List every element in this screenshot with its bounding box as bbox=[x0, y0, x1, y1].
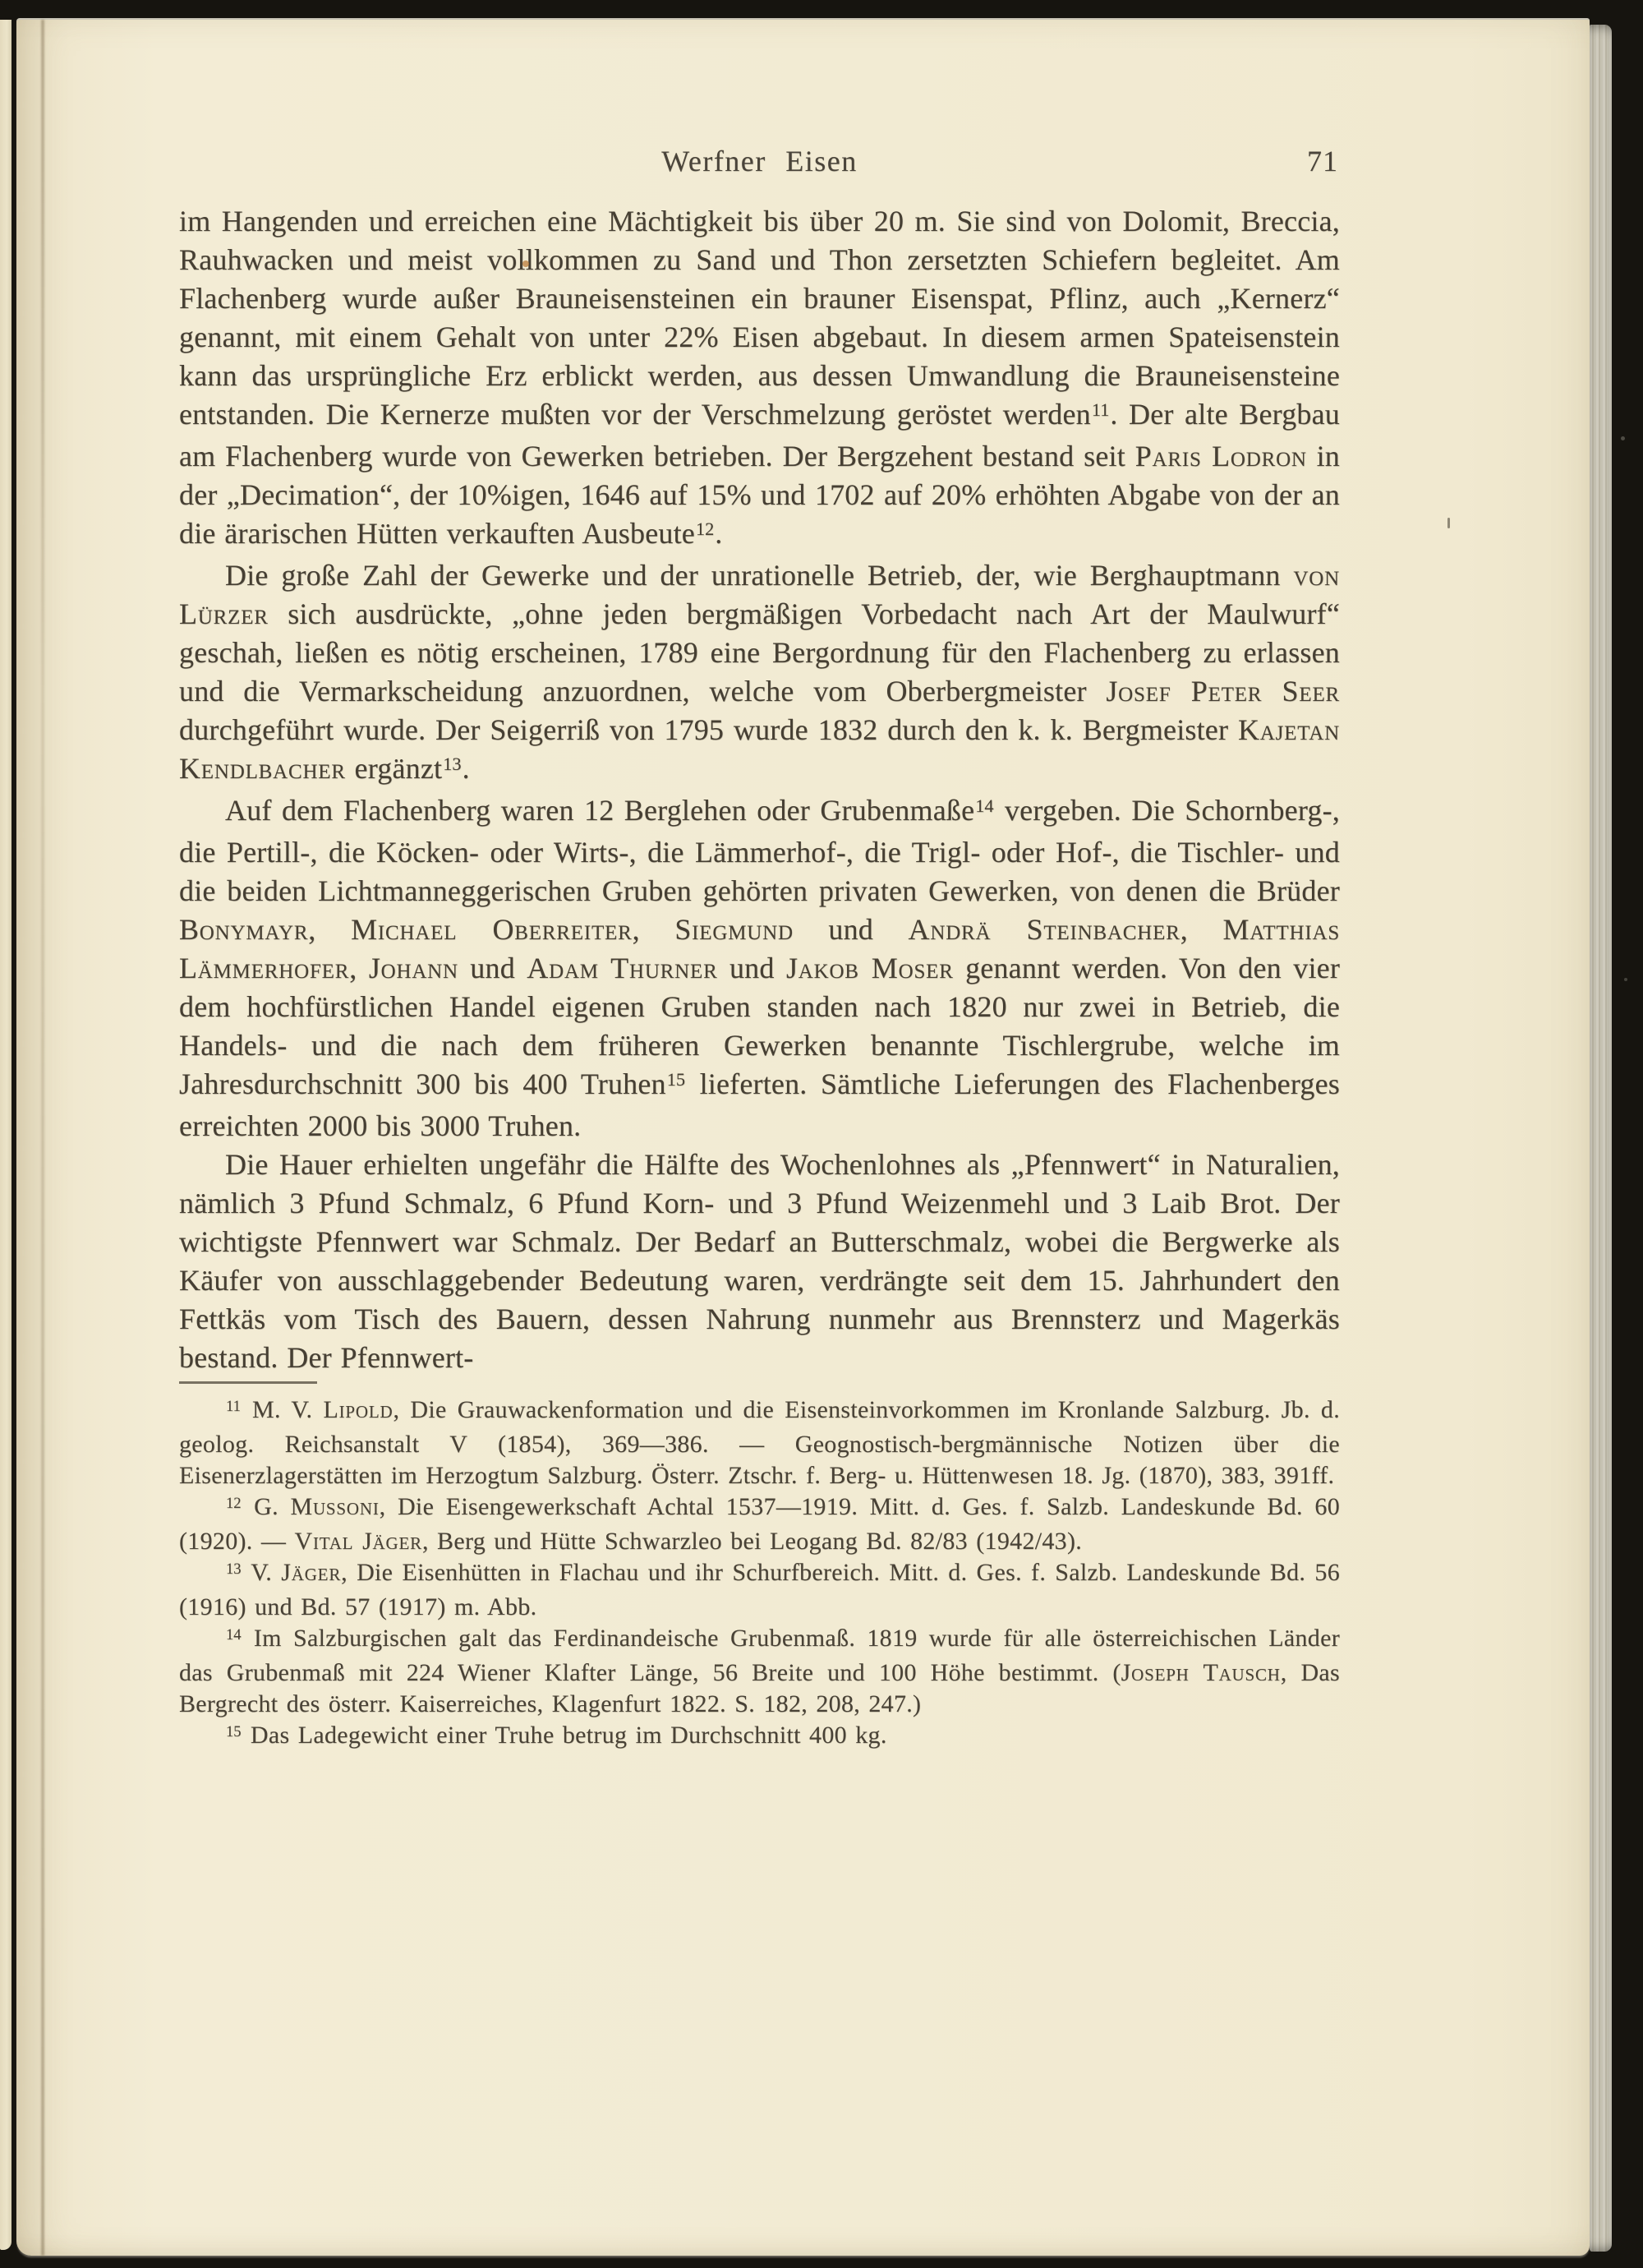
text-run: , bbox=[308, 913, 351, 946]
facing-page-edge bbox=[0, 20, 12, 2250]
dust-speck bbox=[1621, 436, 1625, 440]
text-run: , bbox=[633, 913, 675, 946]
text-run: , Berg und Hütte Schwarzleo bei Leogang … bbox=[422, 1528, 1082, 1555]
small-caps-name: Paris Lodron bbox=[1135, 440, 1307, 472]
footnote: 11 M. V. Lipold, Die Grauwackenformation… bbox=[179, 1394, 1340, 1491]
footnote-marker: 14 bbox=[226, 1626, 242, 1643]
paragraph: Die große Zahl der Gewerke und der unrat… bbox=[179, 556, 1340, 791]
text-run: , bbox=[349, 952, 369, 984]
text-run: und bbox=[794, 913, 909, 946]
page-blemish bbox=[522, 260, 529, 267]
footnote: 12 G. Mussoni, Die Eisengewerkschaft Ach… bbox=[179, 1491, 1340, 1557]
dust-speck bbox=[1624, 978, 1627, 981]
small-caps-name: Mussoni bbox=[290, 1493, 379, 1520]
footnote-marker: 15 bbox=[667, 1069, 685, 1090]
small-caps-name: Michael Oberreiter bbox=[351, 913, 633, 946]
paragraph: Auf dem Flachenberg waren 12 Berglehen o… bbox=[179, 791, 1340, 1146]
footnote-marker: 15 bbox=[226, 1723, 242, 1740]
footnote-marker: 11 bbox=[226, 1398, 241, 1415]
footnote-marker: 12 bbox=[696, 519, 714, 539]
paragraph: Die Hauer erhielten ungefähr die Hälfte … bbox=[179, 1146, 1340, 1377]
small-caps-name: Johann bbox=[369, 952, 458, 984]
small-caps-name: Andrä Steinbacher bbox=[909, 913, 1180, 946]
small-caps-name: Vital Jäger bbox=[294, 1528, 421, 1555]
text-run: und bbox=[718, 952, 786, 984]
text-run: ergänzt bbox=[346, 752, 442, 785]
text-run: V. bbox=[242, 1559, 282, 1586]
text-run: . bbox=[715, 517, 722, 550]
small-caps-name: Josef Peter Seer bbox=[1106, 675, 1340, 708]
footnote-marker: 13 bbox=[226, 1560, 242, 1578]
running-title: Werfner Eisen bbox=[179, 143, 1340, 179]
body-text: im Hangenden und erreichen eine Mächtigk… bbox=[179, 202, 1340, 1377]
footnote: 13 V. Jäger, Die Eisenhütten in Flachau … bbox=[179, 1557, 1340, 1623]
text-run: durchgeführt wurde. Der Seigerriß von 17… bbox=[179, 713, 1238, 746]
text-run: Das Ladegewicht einer Truhe betrug im Du… bbox=[242, 1722, 887, 1749]
small-caps-name: Adam Thurner bbox=[527, 952, 717, 984]
footnotes: 11 M. V. Lipold, Die Grauwackenformation… bbox=[179, 1394, 1340, 1754]
small-caps-name: Bonymayr bbox=[179, 913, 308, 946]
running-head: Werfner Eisen 71 bbox=[179, 143, 1340, 179]
text-run: Auf dem Flachenberg waren 12 Berglehen o… bbox=[225, 794, 974, 827]
binding-crease bbox=[41, 20, 44, 2256]
scan-artifact bbox=[1447, 518, 1450, 528]
footnote: 14 Im Salzburgischen galt das Ferdinande… bbox=[179, 1623, 1340, 1720]
text-run: im Hangenden und erreichen eine Mächtigk… bbox=[179, 205, 1340, 431]
footnote-separator bbox=[179, 1381, 317, 1384]
book-page-scan: Werfner Eisen 71 im Hangenden und erreic… bbox=[16, 18, 1590, 2256]
footnote: 15 Das Ladegewicht einer Truhe betrug im… bbox=[179, 1720, 1340, 1754]
page-fore-edge bbox=[1590, 25, 1612, 2252]
paragraph: im Hangenden und erreichen eine Mächtigk… bbox=[179, 202, 1340, 556]
small-caps-name: Jakob Moser bbox=[786, 952, 954, 984]
small-caps-name: Joseph Tausch bbox=[1121, 1659, 1281, 1686]
footnote-marker: 11 bbox=[1092, 399, 1109, 420]
text-run: M. V. bbox=[242, 1396, 324, 1423]
text-run: , bbox=[1180, 913, 1223, 946]
footnote-marker: 12 bbox=[226, 1495, 242, 1512]
text-run: , Die Eisenhütten in Flachau und ihr Sch… bbox=[179, 1559, 1340, 1620]
page-number: 71 bbox=[1307, 143, 1338, 179]
footnote-marker: 13 bbox=[443, 754, 461, 774]
text-run: Die große Zahl der Gewerke und der unrat… bbox=[225, 559, 1293, 592]
small-caps-name: Lipold bbox=[323, 1396, 393, 1423]
small-caps-name: Jäger bbox=[281, 1559, 341, 1586]
footnote-marker: 14 bbox=[975, 795, 993, 816]
page-content: Werfner Eisen 71 im Hangenden und erreic… bbox=[179, 20, 1340, 1754]
small-caps-name: Siegmund bbox=[674, 913, 793, 946]
text-run: . bbox=[463, 752, 470, 785]
text-run: und bbox=[458, 952, 527, 984]
text-run: G. bbox=[242, 1493, 291, 1520]
text-run: Die Hauer erhielten ungefähr die Hälfte … bbox=[179, 1148, 1340, 1374]
